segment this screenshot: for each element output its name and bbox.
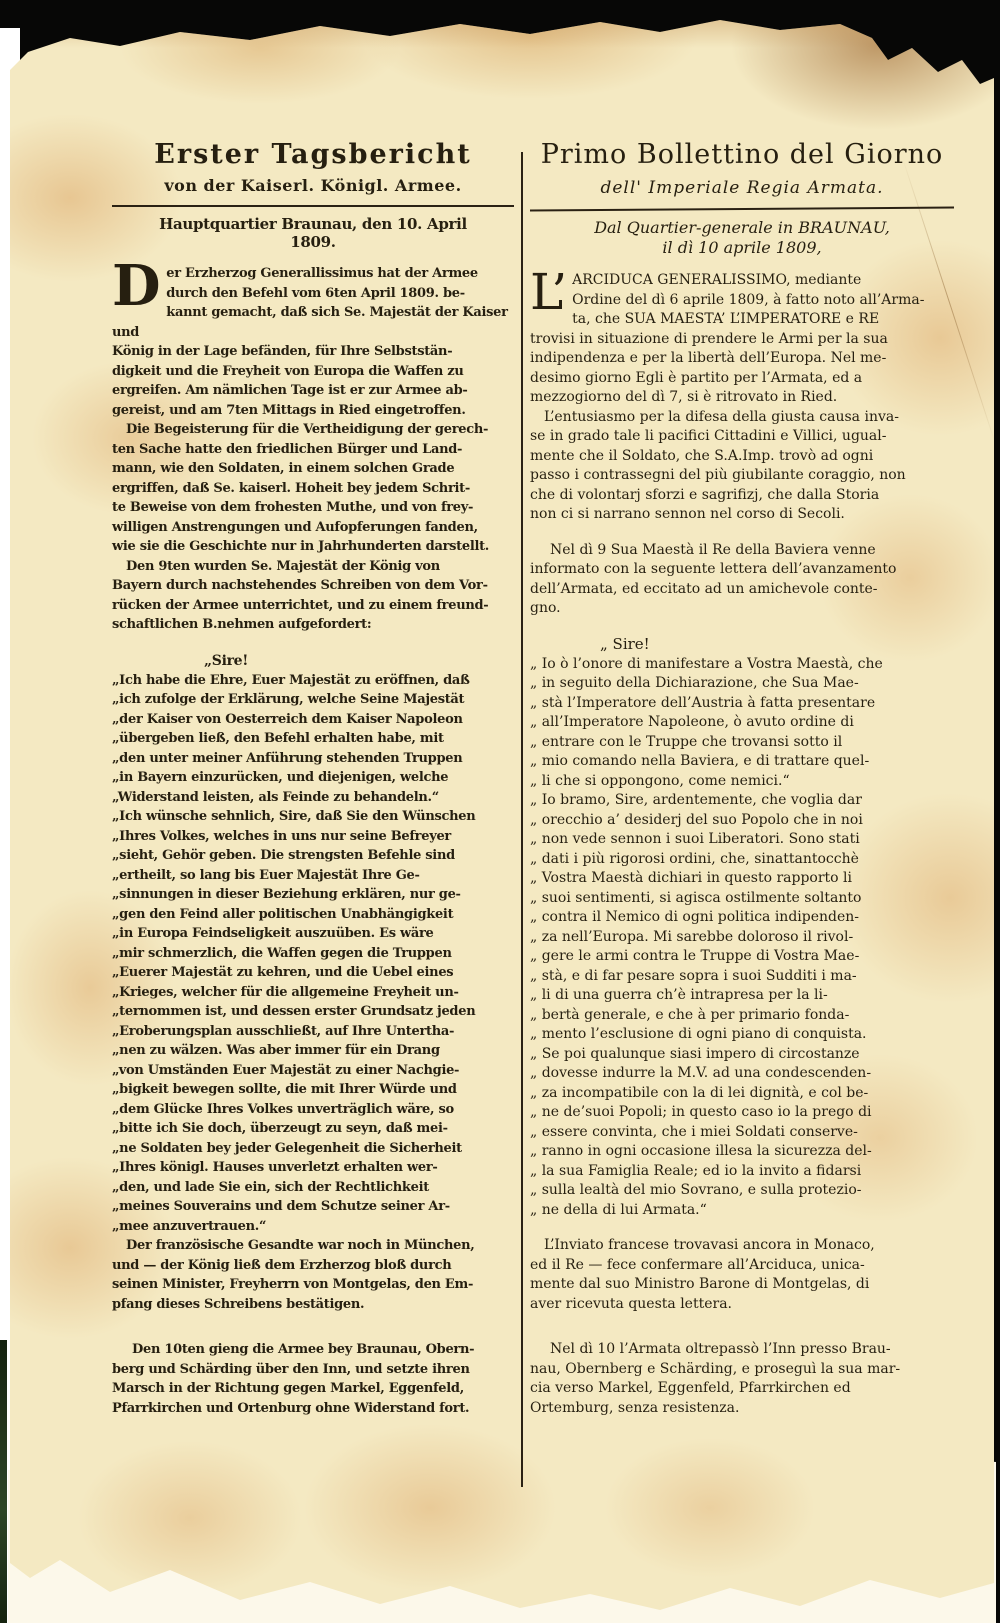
italian-column: Primo Bollettino del Giorno dell' Imperi… — [530, 140, 954, 1418]
german-letter-salutation: „Sire! — [204, 653, 514, 669]
german-column: Erster Tagsbericht von der Kaiserl. Köni… — [112, 140, 514, 1418]
german-header-rule — [112, 205, 514, 207]
scanned-bulletin-page: { "colors": { "paper": "#f4e9c2", "ink":… — [0, 0, 1000, 1623]
italian-paragraph-5: Nel dì 10 l’Armata oltrepassò l’Inn pres… — [530, 1340, 954, 1418]
german-paragraph-4: Der französische Gesandte war noch in Mü… — [112, 1236, 514, 1314]
german-paragraph-3: Den 9ten wurden Se. Majestät der König v… — [112, 557, 514, 635]
german-body: Der Erzherzog Generallissimus hat der Ar… — [112, 264, 514, 1418]
italian-letter-paragraph-2: „ Io bramo, Sire, ardentemente, che vogl… — [530, 791, 954, 1220]
german-paragraph-1: Der Erzherzog Generallissimus hat der Ar… — [112, 264, 514, 420]
column-divider-rule — [521, 152, 523, 1487]
german-subtitle: von der Kaiserl. Königl. Armee. — [112, 176, 514, 195]
german-letter-paragraph-1: „Ich habe die Ehre, Euer Majestät zu erö… — [112, 671, 514, 808]
italian-letter-salutation: „ Sire! — [600, 635, 954, 653]
italian-paragraph-1: L’ARCIDUCA GENERALISSIMO, mediante Ordin… — [530, 271, 954, 408]
italian-paragraph-2: L’entusiasmo per la difesa della giusta … — [530, 408, 954, 525]
italian-dateline: Dal Quartier-generale in BRAUNAU, il dì … — [530, 218, 954, 260]
italian-paragraph-3: Nel dì 9 Sua Maestà il Re della Baviera … — [530, 541, 954, 619]
scan-edge-artifact — [0, 1340, 7, 1623]
german-title: Erster Tagsbericht — [112, 140, 514, 170]
german-paragraph-2: Die Begeisterung für die Vertheidigung d… — [112, 420, 514, 557]
german-letter-paragraph-2: „Ich wünsche sehnlich, Sire, daß Sie den… — [112, 807, 514, 1236]
italian-header-rule — [530, 206, 954, 211]
german-paragraph-5: Den 10ten gieng die Armee bey Braunau, O… — [112, 1340, 514, 1418]
italian-paragraph-4: L’Inviato francese trovavasi ancora in M… — [530, 1236, 954, 1314]
italian-letter-paragraph-1: „ Io ò l’onore di manifestare a Vostra M… — [530, 655, 954, 792]
german-paragraph-1-text: er Erzherzog Generallissimus hat der Arm… — [112, 264, 514, 420]
italian-subtitle: dell' Imperiale Regia Armata. — [530, 178, 954, 198]
german-drop-cap: D — [112, 264, 166, 306]
italian-body: L’ARCIDUCA GENERALISSIMO, mediante Ordin… — [530, 271, 954, 1418]
italian-paragraph-1-text: ARCIDUCA GENERALISSIMO, mediante Ordine … — [530, 271, 954, 408]
italian-title: Primo Bollettino del Giorno — [530, 140, 954, 170]
german-dateline: Hauptquartier Braunau, den 10. April 180… — [112, 215, 514, 253]
italian-drop-cap: L’ — [530, 271, 572, 311]
